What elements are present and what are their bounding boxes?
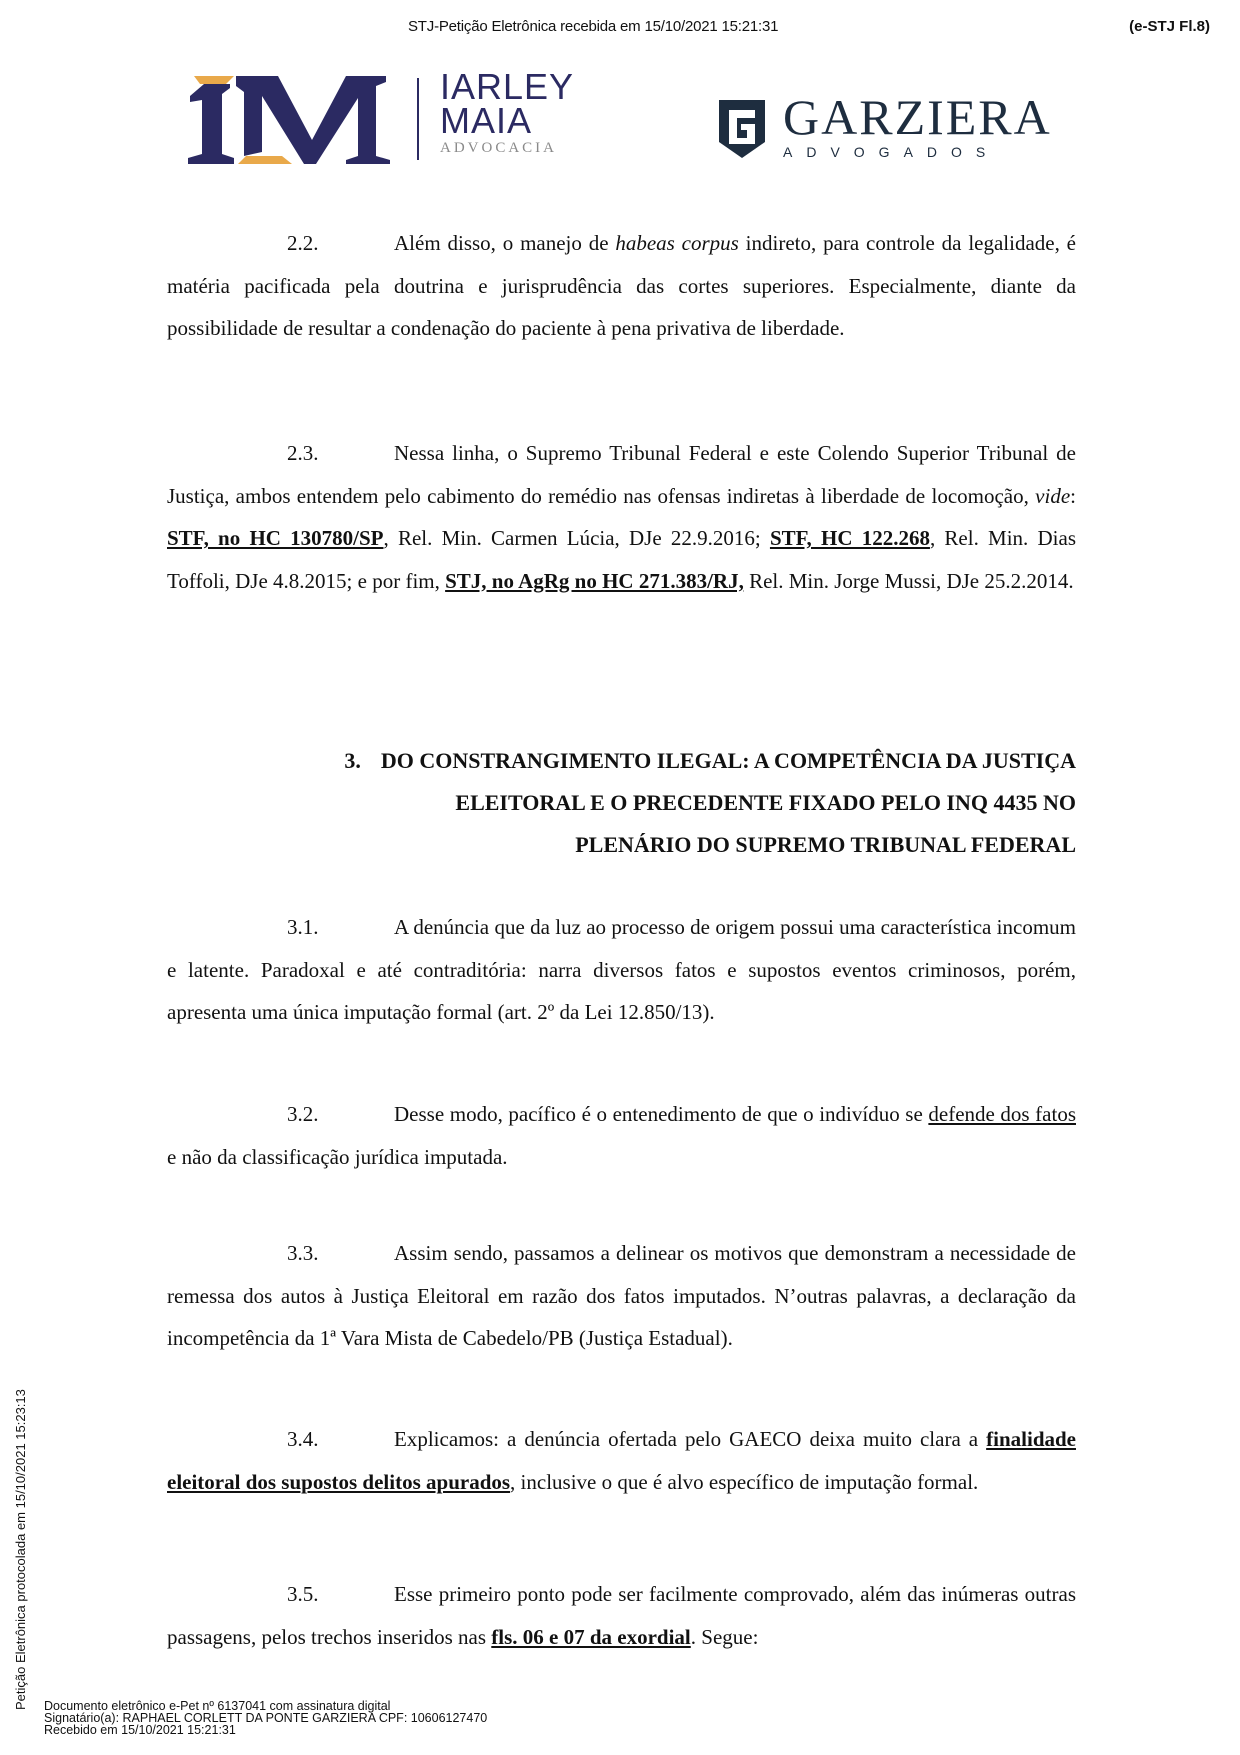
logo-subtitle: ADVOCACIA xyxy=(440,140,630,157)
text: Além disso, o manejo de xyxy=(394,231,615,255)
text: Explicamos: a denúncia ofertada pelo GAE… xyxy=(394,1427,986,1451)
footer-line-3: Recebido em 15/10/2021 15:21:31 xyxy=(44,1724,487,1736)
heading-line-1: 3.DO CONSTRANGIMENTO ILEGAL: A COMPETÊNC… xyxy=(216,740,1076,782)
paragraph-3-3: 3.3.Assim sendo, passamos a delinear os … xyxy=(167,1232,1076,1360)
underlined-phrase: defende dos fatos xyxy=(928,1102,1076,1126)
paragraph-3-5: 3.5.Esse primeiro ponto pode ser facilme… xyxy=(167,1573,1076,1658)
garziera-shield-icon xyxy=(717,98,767,160)
paragraph-number: 3.1. xyxy=(287,906,394,949)
protocol-side-stamp: Petição Eletrônica protocolada em 15/10/… xyxy=(13,1389,28,1710)
section-number: 3. xyxy=(344,740,361,782)
paragraph-3-2: 3.2.Desse modo, pacífico é o entenedimen… xyxy=(167,1093,1076,1178)
logo-divider xyxy=(417,78,419,160)
paragraph-3-1: 3.1.A denúncia que da luz ao processo de… xyxy=(167,906,1076,1034)
text: e não da classificação jurídica imputada… xyxy=(167,1145,508,1169)
paragraph-number: 3.5. xyxy=(287,1573,394,1616)
logo-name-line2: MAIA xyxy=(440,104,630,138)
paragraph-2-3: 2.3.Nessa linha, o Supremo Tribunal Fede… xyxy=(167,432,1076,602)
text: , Rel. Min. Carmen Lúcia, DJe 22.9.2016; xyxy=(384,526,770,550)
garziera-subtitle: ADVOGADOS xyxy=(783,144,999,160)
text: Desse modo, pacífico é o entenedimento d… xyxy=(394,1102,928,1126)
logo-name-line1: IARLEY xyxy=(440,70,630,104)
paragraph-number: 3.3. xyxy=(287,1232,394,1275)
paragraph-number: 2.2. xyxy=(287,222,394,265)
garziera-name: GARZIERA xyxy=(783,92,1052,142)
paragraph-number: 3.4. xyxy=(287,1418,394,1461)
paragraph-number: 3.2. xyxy=(287,1093,394,1136)
heading-line-2: ELEITORAL E O PRECEDENTE FIXADO PELO INQ… xyxy=(216,782,1076,824)
heading-line-3: PLENÁRIO DO SUPREMO TRIBUNAL FEDERAL xyxy=(216,824,1076,866)
text: Rel. Min. Jorge Mussi, DJe 25.2.2014. xyxy=(744,569,1074,593)
page-reference: (e-STJ Fl.8) xyxy=(1129,18,1210,35)
receipt-stamp: STJ-Petição Eletrônica recebida em 15/10… xyxy=(408,18,778,35)
citation-stf-hc-130780: STF, no HC 130780/SP xyxy=(167,526,384,550)
emphasized-phrase: fls. 06 e 07 da exordial xyxy=(491,1625,691,1649)
section-3-heading: 3.DO CONSTRANGIMENTO ILEGAL: A COMPETÊNC… xyxy=(216,740,1076,866)
signature-footer: Documento eletrônico e-Pet nº 6137041 co… xyxy=(44,1700,487,1736)
text: . Segue: xyxy=(691,1625,759,1649)
paragraph-2-2: 2.2.Além disso, o manejo de habeas corpu… xyxy=(167,222,1076,350)
paragraph-3-4: 3.4.Explicamos: a denúncia ofertada pelo… xyxy=(167,1418,1076,1503)
italic-term: vide xyxy=(1035,484,1070,508)
citation-stj-agrg-hc-271383: STJ, no AgRg no HC 271.383/RJ, xyxy=(445,569,744,593)
text: , inclusive o que é alvo específico de i… xyxy=(510,1470,978,1494)
italic-term: habeas corpus xyxy=(615,231,739,255)
heading-text: DO CONSTRANGIMENTO ILEGAL: A COMPETÊNCIA… xyxy=(381,748,1076,773)
iarley-maia-wordmark: IARLEY MAIA ADVOCACIA xyxy=(440,70,630,157)
citation-stf-hc-122268: STF, HC 122.268 xyxy=(770,526,930,550)
text: : xyxy=(1070,484,1076,508)
paragraph-number: 2.3. xyxy=(287,432,394,475)
